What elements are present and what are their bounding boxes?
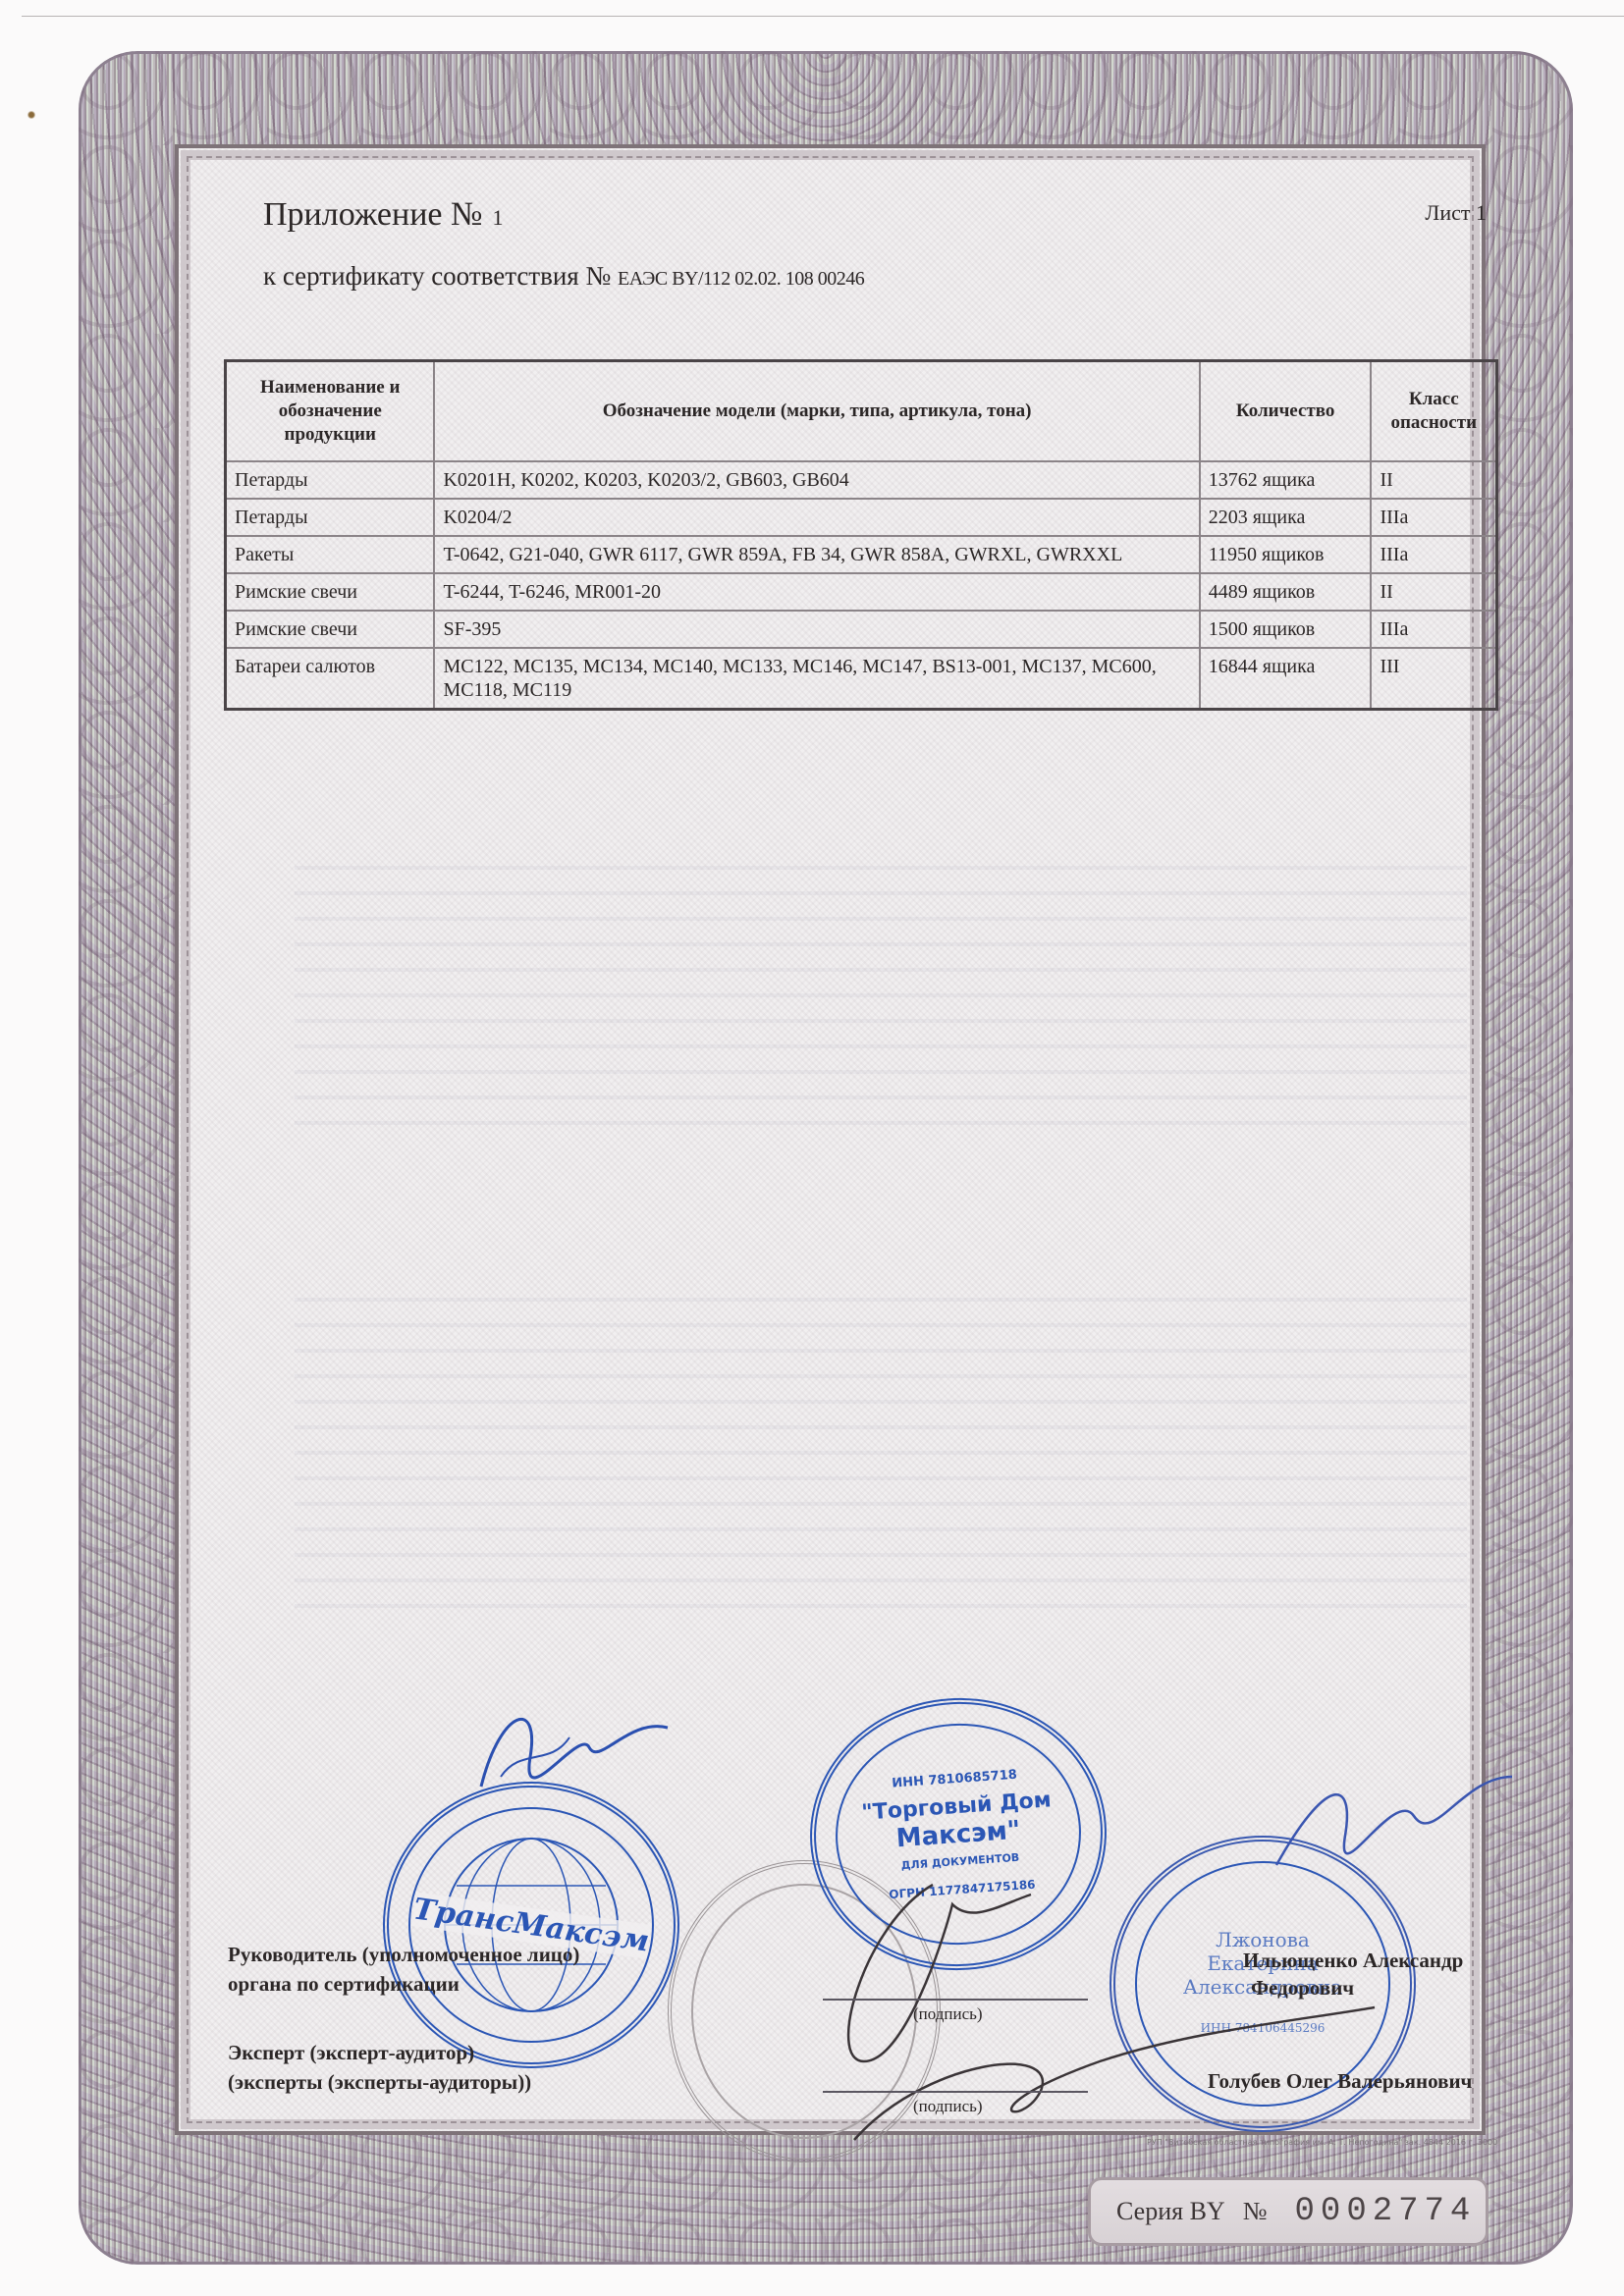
scan-speck [27, 110, 36, 120]
column-header-hazard-class: Класс опасности [1371, 361, 1496, 462]
column-header-quantity: Количество [1200, 361, 1372, 462]
signature-caption-expert: (подпись) [913, 2097, 983, 2116]
expert-label-line-1: Эксперт (эксперт-аудитор) [228, 2038, 531, 2067]
bleed-through-text [295, 1276, 1467, 1629]
certificate-reference: к сертификату соответствия № ЕАЭС BY/112… [263, 261, 864, 292]
products-table: Наименование и обозначение продукции Обо… [224, 359, 1498, 711]
head-name-line-2: Федорович [1251, 1976, 1354, 2001]
product-name: Римские свечи [226, 573, 435, 611]
expert-name: Голубев Олег Валерьянович [1208, 2069, 1472, 2094]
product-quantity: 2203 ящика [1200, 499, 1372, 536]
certificate-reference-text: к сертификату соответствия № [263, 261, 611, 291]
table-row: Петарды K0201H, K0202, K0203, K0203/2, G… [226, 461, 1497, 499]
expert-label-line-2: (эксперты (эксперты-аудиторы)) [228, 2067, 531, 2097]
product-name: Батареи салютов [226, 648, 435, 710]
scan-edge-line [22, 16, 1624, 17]
product-models: K0204/2 [434, 499, 1199, 536]
column-header-model: Обозначение модели (марки, типа, артикул… [434, 361, 1199, 462]
appendix-title: Приложение №1 [263, 196, 503, 234]
number-sign: № [1243, 2197, 1268, 2226]
appendix-title-text: Приложение № [263, 196, 482, 233]
signature-line-expert [823, 2091, 1088, 2093]
product-models: SF-395 [434, 611, 1199, 648]
product-hazard-class: IIIa [1371, 611, 1496, 648]
transmaxem-stamp: ТрансМаксэм [383, 1782, 679, 2068]
series-number: 0002774 [1295, 2193, 1477, 2230]
product-name: Петарды [226, 499, 435, 536]
table-row: Батареи салютов MC122, MC135, MC134, MC1… [226, 648, 1497, 710]
signature-caption-head: (подпись) [913, 2004, 983, 2024]
column-header-product: Наименование и обозначение продукции [226, 361, 435, 462]
product-hazard-class: II [1371, 461, 1496, 499]
product-quantity: 1500 ящиков [1200, 611, 1372, 648]
product-models: MC122, MC135, MC134, MC140, MC133, MC146… [434, 648, 1199, 710]
product-quantity: 16844 ящика [1200, 648, 1372, 710]
product-quantity: 11950 ящиков [1200, 536, 1372, 573]
series-number-box: Серия BY № 0002774 [1088, 2177, 1489, 2246]
head-label-line-2: органа по сертификации [228, 1969, 579, 1999]
table-header-row: Наименование и обозначение продукции Обо… [226, 361, 1497, 462]
printer-imprint: РУП "Витебская областная типография им. … [1147, 2138, 1497, 2147]
sheet-number: Лист 1 [1425, 200, 1487, 226]
product-name: Римские свечи [226, 611, 435, 648]
signature-ip [1267, 1757, 1522, 1875]
product-hazard-class: IIIa [1371, 536, 1496, 573]
product-name: Ракеты [226, 536, 435, 573]
product-models: T-6244, T-6246, MR001-20 [434, 573, 1199, 611]
product-hazard-class: III [1371, 648, 1496, 710]
signature-line-head [823, 1999, 1088, 2001]
head-label-line-1: Руководитель (уполномоченное лицо) [228, 1940, 579, 1969]
product-quantity: 13762 ящика [1200, 461, 1372, 499]
table-row: Петарды K0204/2 2203 ящика IIIa [226, 499, 1497, 536]
head-name-line-1: Ильющенко Александр [1243, 1949, 1463, 1973]
table-row: Римские свечи T-6244, T-6246, MR001-20 4… [226, 573, 1497, 611]
table-row: Римские свечи SF-395 1500 ящиков IIIa [226, 611, 1497, 648]
head-label: Руководитель (уполномоченное лицо) орган… [228, 1940, 579, 1999]
expert-label: Эксперт (эксперт-аудитор) (эксперты (экс… [228, 2038, 531, 2097]
bleed-through-text [295, 844, 1467, 1139]
product-models: T-0642, G21-040, GWR 6117, GWR 859A, FB … [434, 536, 1199, 573]
product-hazard-class: II [1371, 573, 1496, 611]
product-models: K0201H, K0202, K0203, K0203/2, GB603, GB… [434, 461, 1199, 499]
certificate-number: ЕАЭС BY/112 02.02. 108 00246 [618, 268, 864, 290]
product-hazard-class: IIIa [1371, 499, 1496, 536]
signature-transmaxem [461, 1688, 687, 1806]
product-name: Петарды [226, 461, 435, 499]
product-quantity: 4489 ящиков [1200, 573, 1372, 611]
series-label: Серия BY [1116, 2197, 1225, 2226]
appendix-number: 1 [492, 205, 503, 230]
table-row: Ракеты T-0642, G21-040, GWR 6117, GWR 85… [226, 536, 1497, 573]
